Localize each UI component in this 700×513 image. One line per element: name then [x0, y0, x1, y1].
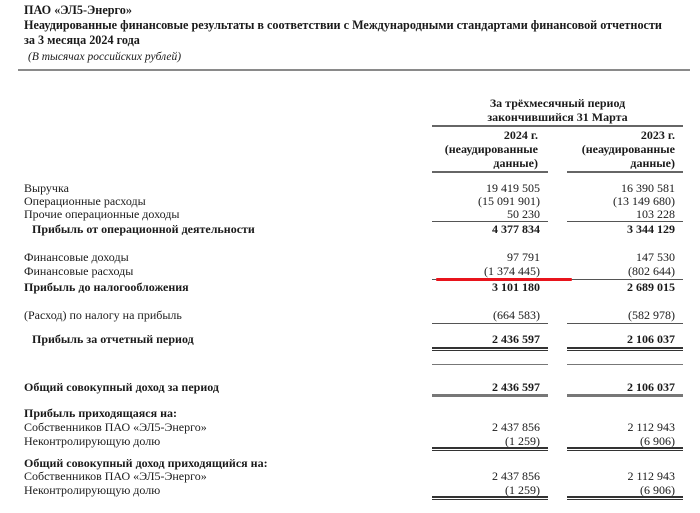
total-rule	[567, 394, 683, 397]
operating-profit-2024: 4 377 834	[432, 223, 540, 236]
col-2024-year: 2024 г.	[432, 128, 538, 142]
operating-profit-2023: 3 344 129	[567, 223, 675, 236]
total-double-rule	[567, 447, 683, 451]
company-name: ПАО «ЭЛ5-Энерго»	[24, 3, 132, 18]
row-label-other-income: Прочие операционные доходы	[24, 208, 179, 221]
row-label-finance-income: Финансовые доходы	[24, 251, 129, 264]
row-label-nci: Неконтролирующую долю	[24, 435, 160, 448]
row-label-owners-ci: Собственников ПАО «ЭЛ5-Энерго»	[24, 470, 207, 483]
col-2023-year: 2023 г.	[567, 128, 675, 142]
row-label-profit-attributable: Прибыль приходящаяся на:	[24, 407, 177, 420]
total-comprehensive-income-2023: 2 106 037	[567, 381, 675, 394]
col-2024-note2: данные)	[432, 156, 538, 170]
finance-expense-2024: (1 374 445)	[432, 265, 540, 278]
total-double-rule	[432, 496, 548, 500]
period-header-line2: закончившийся 31 Марта	[432, 110, 683, 124]
row-label-total-comprehensive-income: Общий совокупный доход за период	[24, 381, 219, 394]
total-comprehensive-income-2024: 2 436 597	[432, 381, 540, 394]
total-double-rule	[567, 347, 683, 351]
col-2023-header-rule	[567, 171, 683, 173]
total-double-rule	[567, 496, 683, 500]
row-label-nci-ci: Неконтролирующую долю	[24, 484, 160, 497]
period-header-line1: За трёхмесячный период	[432, 96, 683, 110]
other-income-2024: 50 230	[432, 208, 540, 221]
report-period: за 3 месяца 2024 года	[24, 33, 140, 48]
finance-income-2023: 147 530	[567, 251, 675, 264]
owners-ci-2024: 2 437 856	[432, 470, 540, 483]
row-label-owners: Собственников ПАО «ЭЛ5-Энерго»	[24, 421, 207, 434]
finance-income-2024: 97 791	[432, 251, 540, 264]
col-2023-note2: данные)	[567, 156, 675, 170]
net-profit-2024: 2 436 597	[432, 333, 540, 346]
total-double-rule	[432, 347, 548, 351]
other-income-2023: 103 228	[567, 208, 675, 221]
row-label-profit-before-tax: Прибыль до налогообложения	[24, 281, 189, 294]
profit-before-tax-2023: 2 689 015	[567, 281, 675, 294]
owners-ci-2023: 2 112 943	[567, 470, 675, 483]
total-double-rule	[432, 447, 548, 451]
col-2023-note1: (неаудированные	[567, 142, 675, 156]
subtotal-rule	[432, 323, 548, 324]
period-header-rule	[432, 125, 683, 127]
row-label-income-tax: (Расход) по налогу на прибыль	[24, 309, 182, 322]
row-label-net-profit: Прибыль за отчетный период	[32, 333, 194, 346]
subtotal-rule	[567, 323, 683, 324]
report-title: Неаудированные финансовые результаты в с…	[24, 18, 662, 33]
finance-expense-2023: (802 644)	[567, 265, 675, 278]
section-rule	[432, 364, 548, 365]
owners-profit-2024: 2 437 856	[432, 421, 540, 434]
col-2024-note1: (неаудированные	[432, 142, 538, 156]
income-tax-2024: (664 583)	[432, 309, 540, 322]
section-rule	[567, 364, 683, 365]
row-label-finance-expense: Финансовые расходы	[24, 265, 133, 278]
header-divider	[18, 69, 690, 71]
row-label-operating-profit: Прибыль от операционной деятельности	[32, 223, 255, 236]
units-note: (В тысячах российских рублей)	[28, 50, 181, 64]
profit-before-tax-2024: 3 101 180	[432, 281, 540, 294]
col-2024-header-rule	[432, 171, 548, 173]
net-profit-2023: 2 106 037	[567, 333, 675, 346]
total-rule	[432, 394, 548, 397]
owners-profit-2023: 2 112 943	[567, 421, 675, 434]
income-tax-2023: (582 978)	[567, 309, 675, 322]
